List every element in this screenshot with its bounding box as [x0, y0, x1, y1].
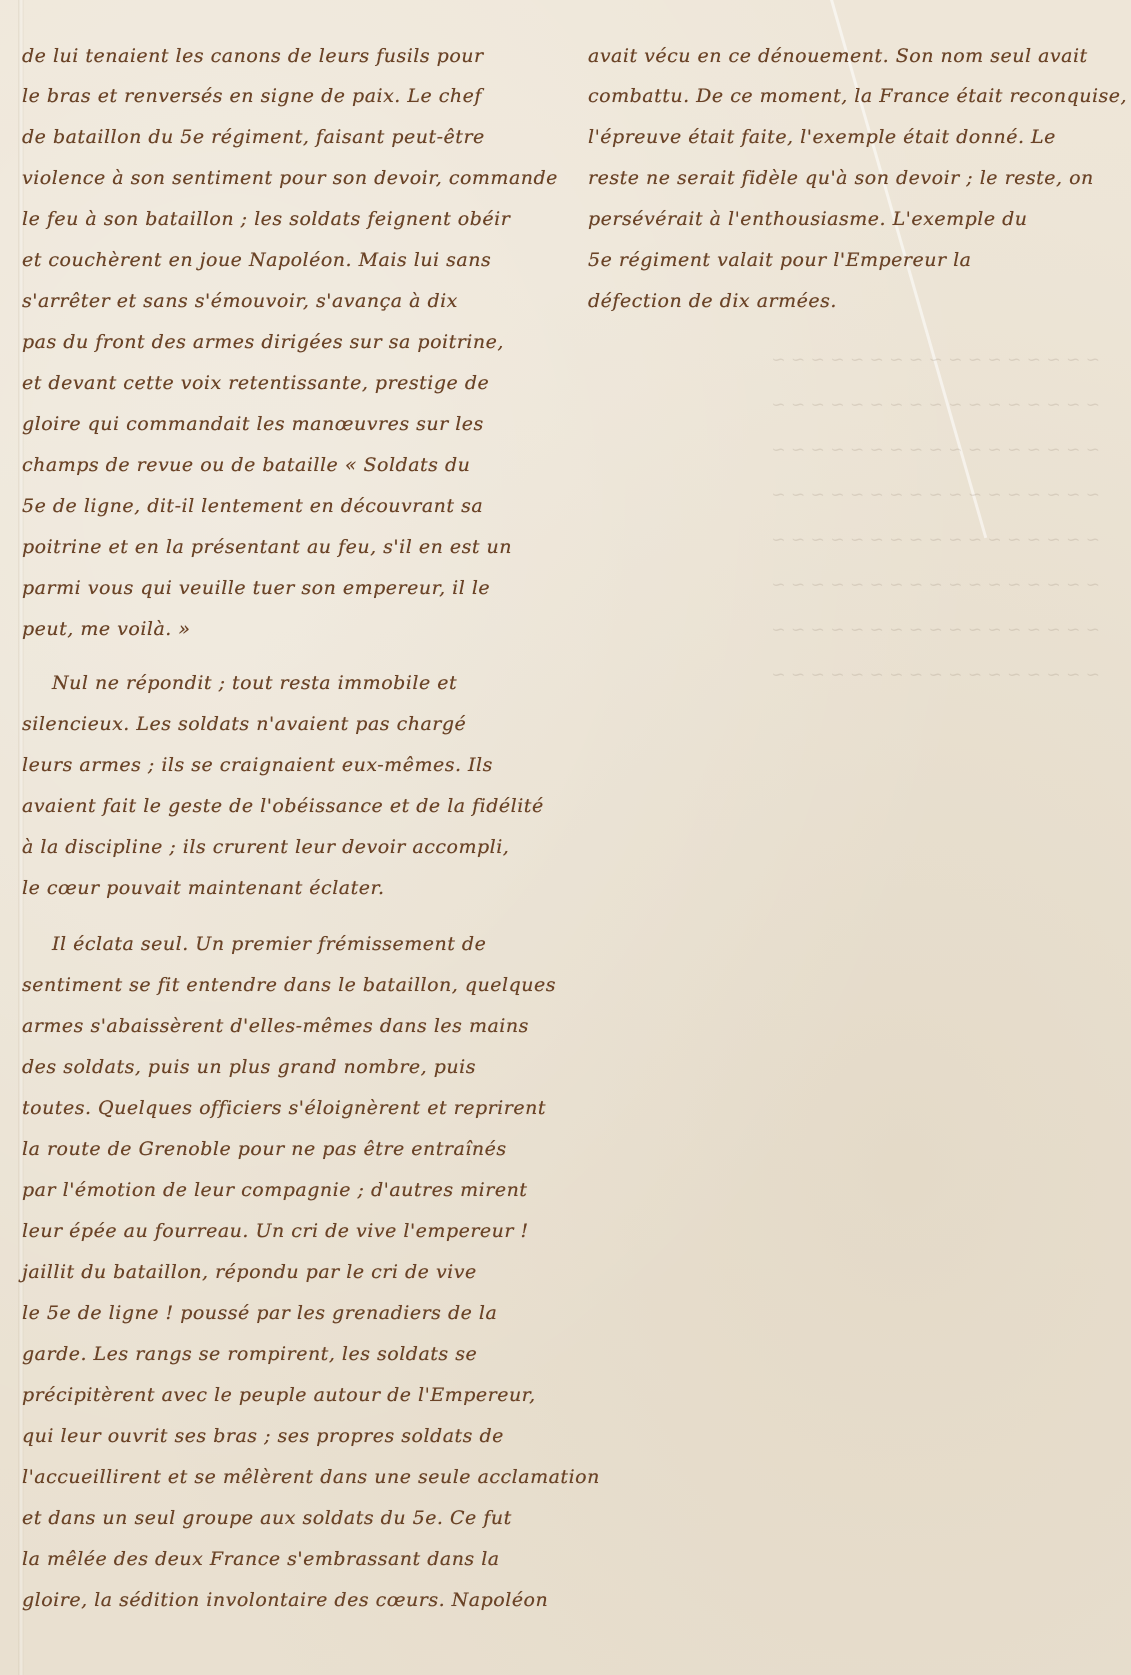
text-line: toutes. Quelques officiers s'éloignèrent… — [22, 1097, 546, 1119]
text-line: jaillit du bataillon, répondu par le cri… — [22, 1261, 477, 1283]
text-line: gloire, la sédition involontaire des cœu… — [22, 1589, 548, 1611]
text-line: et dans un seul groupe aux soldats du 5e… — [22, 1507, 512, 1529]
bleed-through-text: ~ ~ ~ ~ ~ ~ ~ ~ ~ ~ ~ ~ ~ ~ ~ ~ ~ — [600, 575, 1100, 595]
text-line: et devant cette voix retentissante, pres… — [22, 372, 489, 394]
bleed-through-text: ~ ~ ~ ~ ~ ~ ~ ~ ~ ~ ~ ~ ~ ~ ~ ~ ~ — [600, 440, 1100, 460]
bleed-through-text: ~ ~ ~ ~ ~ ~ ~ ~ ~ ~ ~ ~ ~ ~ ~ ~ ~ — [600, 485, 1100, 505]
text-line: précipitèrent avec le peuple autour de l… — [22, 1384, 536, 1406]
text-line: 5e régiment valait pour l'Empereur la — [588, 249, 971, 271]
text-line: gloire qui commandait les manœuvres sur … — [22, 413, 484, 435]
text-line: et couchèrent en joue Napoléon. Mais lui… — [22, 249, 491, 271]
text-line: avait vécu en ce dénouement. Son nom seu… — [588, 45, 1088, 67]
text-line: le feu à son bataillon ; les soldats fei… — [22, 208, 510, 230]
text-line: des soldats, puis un plus grand nombre, … — [22, 1056, 476, 1078]
text-line: violence à son sentiment pour son devoir… — [22, 167, 558, 189]
text-line: reste ne serait fidèle qu'à son devoir ;… — [588, 167, 1094, 189]
text-line: garde. Les rangs se rompirent, les solda… — [22, 1343, 477, 1365]
text-line: qui leur ouvrit ses bras ; ses propres s… — [22, 1425, 504, 1447]
text-line: le bras et renversés en signe de paix. L… — [22, 85, 482, 107]
text-line: silencieux. Les soldats n'avaient pas ch… — [22, 713, 466, 735]
text-line: champs de revue ou de bataille « Soldats… — [22, 454, 470, 476]
text-line: peut, me voilà. » — [22, 618, 191, 640]
text-line: de bataillon du 5e régiment, faisant peu… — [22, 126, 485, 148]
bleed-through-text: ~ ~ ~ ~ ~ ~ ~ ~ ~ ~ ~ ~ ~ ~ ~ ~ ~ — [600, 665, 1100, 685]
text-line: s'arrêter et sans s'émouvoir, s'avança à… — [22, 290, 458, 312]
bleed-through-text: ~ ~ ~ ~ ~ ~ ~ ~ ~ ~ ~ ~ ~ ~ ~ ~ ~ — [600, 620, 1100, 640]
manuscript-page: de lui tenaient les canons de leurs fusi… — [0, 0, 1131, 1675]
text-line: la mêlée des deux France s'embrassant da… — [22, 1548, 500, 1570]
text-line: l'accueillirent et se mêlèrent dans une … — [22, 1466, 600, 1488]
paragraph-start-line: Nul ne répondit ; tout resta immobile et — [22, 672, 457, 694]
text-line: la route de Grenoble pour ne pas être en… — [22, 1138, 507, 1160]
text-line: pas du front des armes dirigées sur sa p… — [22, 331, 504, 353]
text-line: persévérait à l'enthousiasme. L'exemple … — [588, 208, 1028, 230]
text-line: l'épreuve était faite, l'exemple était d… — [588, 126, 1056, 148]
text-line: défection de dix armées. — [588, 290, 837, 312]
bleed-through-text: ~ ~ ~ ~ ~ ~ ~ ~ ~ ~ ~ ~ ~ ~ ~ ~ ~ — [600, 530, 1100, 550]
bleed-through-text: ~ ~ ~ ~ ~ ~ ~ ~ ~ ~ ~ ~ ~ ~ ~ ~ ~ — [600, 395, 1100, 415]
text-line: avaient fait le geste de l'obéissance et… — [22, 795, 544, 817]
text-line: le cœur pouvait maintenant éclater. — [22, 877, 385, 899]
text-line: à la discipline ; ils crurent leur devoi… — [22, 836, 509, 858]
text-line: parmi vous qui veuille tuer son empereur… — [22, 577, 490, 599]
text-line: armes s'abaissèrent d'elles-mêmes dans l… — [22, 1015, 529, 1037]
text-line: 5e de ligne, dit-il lentement en découvr… — [22, 495, 483, 517]
text-line: combattu. De ce moment, la France était … — [588, 85, 1127, 107]
text-line: sentiment se fit entendre dans le batail… — [22, 974, 556, 996]
text-line: leurs armes ; ils se craignaient eux-mêm… — [22, 754, 493, 776]
text-line: de lui tenaient les canons de leurs fusi… — [22, 45, 484, 67]
bleed-through-text: ~ ~ ~ ~ ~ ~ ~ ~ ~ ~ ~ ~ ~ ~ ~ ~ ~ — [600, 350, 1100, 370]
text-line: leur épée au fourreau. Un cri de vive l'… — [22, 1220, 529, 1242]
paragraph-start-line: Il éclata seul. Un premier frémissement … — [22, 933, 486, 955]
text-line: par l'émotion de leur compagnie ; d'autr… — [22, 1179, 527, 1201]
text-line: poitrine et en la présentant au feu, s'i… — [22, 536, 512, 558]
text-line: le 5e de ligne ! poussé par les grenadie… — [22, 1302, 497, 1324]
